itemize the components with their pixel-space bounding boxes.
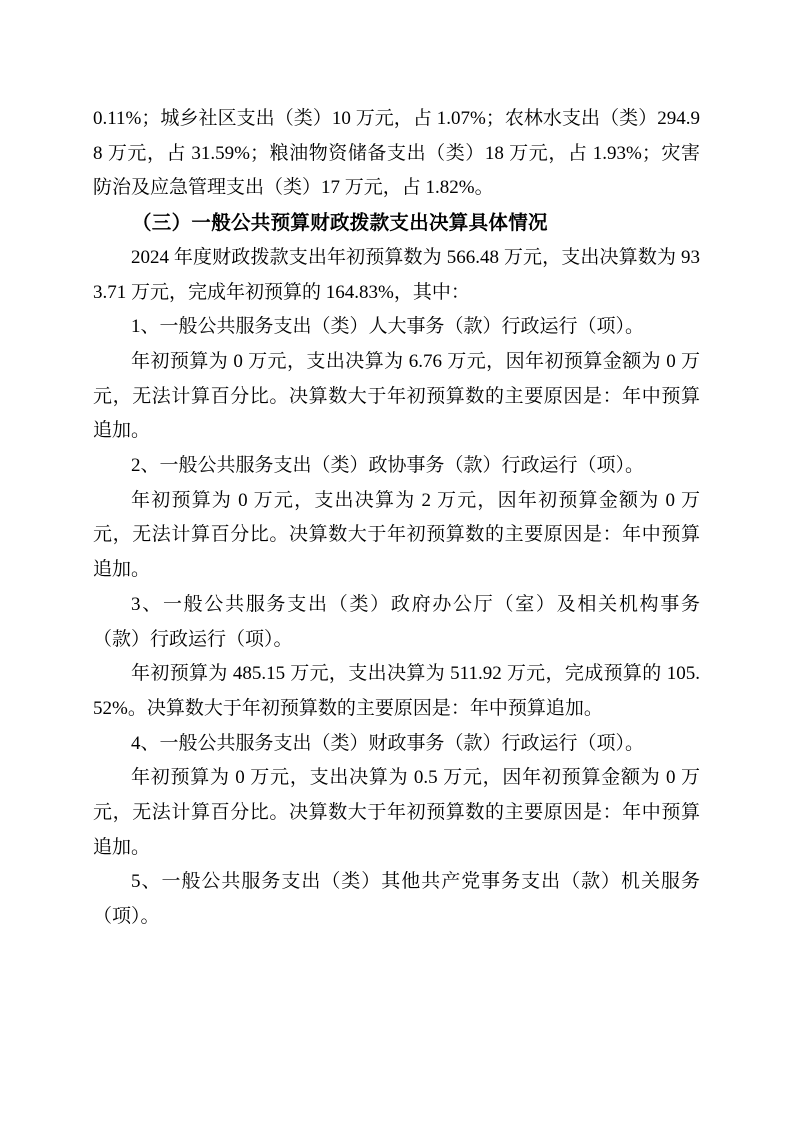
document-viewport: { "page": { "background_color": "#ffffff…	[0, 0, 793, 1122]
document-body: 0.11%；城乡社区支出（类）10 万元，占 1.07%；农林水支出（类）294…	[93, 102, 700, 935]
paragraph-budget-summary: 2024 年度财政拨款支出年初预算数为 566.48 万元，支出决算数为 933…	[93, 241, 700, 310]
item-1-title: 1、一般公共服务支出（类）人大事务（款）行政运行（项）。	[93, 310, 700, 345]
item-1-detail: 年初预算为 0 万元，支出决算为 6.76 万元，因年初预算金额为 0 万元，无…	[93, 345, 700, 449]
item-3-title: 3、一般公共服务支出（类）政府办公厅（室）及相关机构事务（款）行政运行（项）。	[93, 588, 700, 657]
item-5-title: 5、一般公共服务支出（类）其他共产党事务支出（款）机关服务（项）。	[93, 865, 700, 934]
paragraph-expenditure-categories-continued: 0.11%；城乡社区支出（类）10 万元，占 1.07%；农林水支出（类）294…	[93, 102, 700, 206]
section-heading-general-budget-expenditure-details: （三）一般公共预算财政拨款支出决算具体情况	[93, 206, 700, 241]
item-3-detail: 年初预算为 485.15 万元，支出决算为 511.92 万元，完成预算的 10…	[93, 657, 700, 726]
item-4-detail: 年初预算为 0 万元，支出决算为 0.5 万元，因年初预算金额为 0 万元，无法…	[93, 761, 700, 865]
item-2-detail: 年初预算为 0 万元，支出决算为 2 万元，因年初预算金额为 0 万元，无法计算…	[93, 484, 700, 588]
item-4-title: 4、一般公共服务支出（类）财政事务（款）行政运行（项）。	[93, 727, 700, 762]
item-2-title: 2、一般公共服务支出（类）政协事务（款）行政运行（项）。	[93, 449, 700, 484]
document-page: 0.11%；城乡社区支出（类）10 万元，占 1.07%；农林水支出（类）294…	[0, 0, 793, 1122]
